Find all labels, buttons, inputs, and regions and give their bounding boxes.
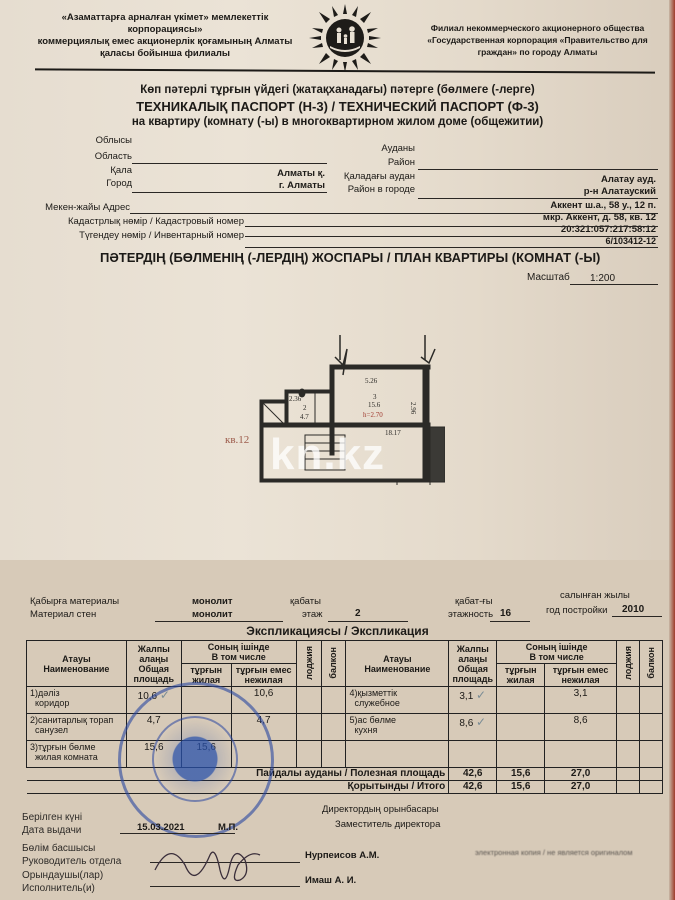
svg-text:2.36: 2.36 [289, 395, 302, 403]
org-name-kz: «Азаматтарға арналған үкімет» мемлекетті… [30, 12, 300, 60]
svg-text:h=2.70: h=2.70 [363, 411, 383, 419]
svg-text:кв.12: кв.12 [225, 434, 249, 446]
signature [150, 835, 270, 895]
svg-text:2.96: 2.96 [409, 402, 417, 415]
year-label-ru: год постройки [546, 605, 607, 616]
svg-text:18.17: 18.17 [385, 429, 401, 437]
city-district-label-ru: Район в городе [330, 184, 415, 195]
seal-place-label: М.П. [218, 822, 238, 833]
region-label-ru: Область [40, 151, 132, 162]
floors-value: 16 [500, 608, 511, 619]
executor-label-kz: Орындаушы(лар) [22, 870, 103, 881]
plan-title: ПӘТЕРДІҢ (БӨЛМЕНІҢ (-ЛЕРДІҢ) ЖОСПАРЫ / П… [100, 250, 600, 265]
city-value-ru: г. Алматы [200, 180, 325, 191]
city-district-value-ru: р-н Алатауский [470, 186, 656, 197]
watermark: kn.kz [270, 430, 385, 480]
org-name-ru: Филиал некоммерческого акционерного обще… [420, 22, 655, 58]
floors-label-ru: этажность [448, 609, 493, 620]
address-label: Мекен-жайы Адрес [20, 202, 130, 213]
wall-material-label-ru: Материал стен [30, 609, 96, 620]
issue-date-value: 15.03.2021 [137, 822, 185, 833]
explication-title: Экспликациясы / Экспликация [0, 624, 675, 638]
city-district-label-kz: Қаладағы аудан [330, 171, 415, 182]
svg-text:5.26: 5.26 [365, 377, 378, 385]
svg-text:2: 2 [303, 404, 307, 412]
svg-text:3: 3 [373, 393, 377, 401]
wall-material-value-ru: монолит [192, 609, 233, 620]
blurred-note: электронная копия / не является оригинал… [475, 848, 633, 857]
floor-label-ru: этаж [302, 609, 323, 620]
dept-head-label-ru: Руководитель отдела [22, 856, 121, 867]
floor-label-kz: қабаты [290, 596, 321, 607]
floors-label-kz: қабат-ғы [455, 596, 493, 607]
issue-date-label-ru: Дата выдачи [22, 825, 81, 836]
doc-title: ТЕХНИКАЛЫҚ ПАСПОРТ (Н-3) / ТЕХНИЧЕСКИЙ П… [0, 99, 675, 114]
floor-value: 2 [355, 608, 361, 619]
district-label-ru: Район [330, 157, 415, 168]
dept-head-label-kz: Бөлім басшысы [22, 843, 95, 854]
region-label-kz: Облысы [40, 135, 132, 146]
address-value-kz: Аккент ш.а., 58 у., 12 п. [430, 200, 656, 211]
wall-material-value-kz: монолит [192, 596, 233, 607]
wall-material-label-kz: Қабырға материалы [30, 596, 119, 607]
table-row: 1)дәліз коридор 10,6 ✓ 10,6 4)қызметтік … [27, 687, 663, 714]
city-label-kz: Қала [40, 165, 132, 176]
deputy-director-label-ru: Заместитель директора [335, 819, 440, 830]
table-header-row: АтауыНаименование ЖалпыалаңыОбщаяплощадь… [27, 641, 663, 664]
year-label-kz: салынған жылы [560, 590, 630, 601]
doc-subtitle-ru: на квартиру (комнату (-ы) в многоквартир… [0, 116, 675, 128]
city-district-value-kz: Алатау ауд. [470, 174, 656, 185]
svg-text:4.7: 4.7 [300, 413, 309, 421]
deputy-director-label-kz: Директордың орынбасары [322, 804, 439, 815]
svg-text:15.6: 15.6 [368, 401, 381, 409]
stamp-emblem-icon [152, 716, 238, 802]
year-value: 2010 [622, 604, 644, 615]
city-value-kz: Алматы қ. [200, 168, 325, 179]
paper-edge [669, 0, 675, 900]
inventory-label: Түгендеу нөмір / Инвентарный номер [40, 230, 244, 241]
scale-value: 1:200 [590, 273, 615, 284]
doc-subtitle-kz: Көп пәтерлі тұрғын үйдегі (жатақханадағы… [0, 84, 675, 96]
dept-head-name: Нурпеисов А.М. [305, 850, 379, 861]
city-label-ru: Город [40, 178, 132, 189]
issue-date-label-kz: Берілген күні [22, 812, 82, 823]
cadastral-label: Кадастрлық нөмір / Кадастровый номер [40, 216, 244, 227]
sun-family-logo-icon [300, 2, 390, 74]
inventory-value: 6/103412-12 [430, 236, 656, 246]
executor-label-ru: Исполнитель(и) [22, 883, 95, 894]
district-label-kz: Ауданы [330, 143, 415, 154]
executor-name: Имаш А. И. [305, 875, 356, 886]
scale-label: Масштаб [527, 272, 570, 283]
